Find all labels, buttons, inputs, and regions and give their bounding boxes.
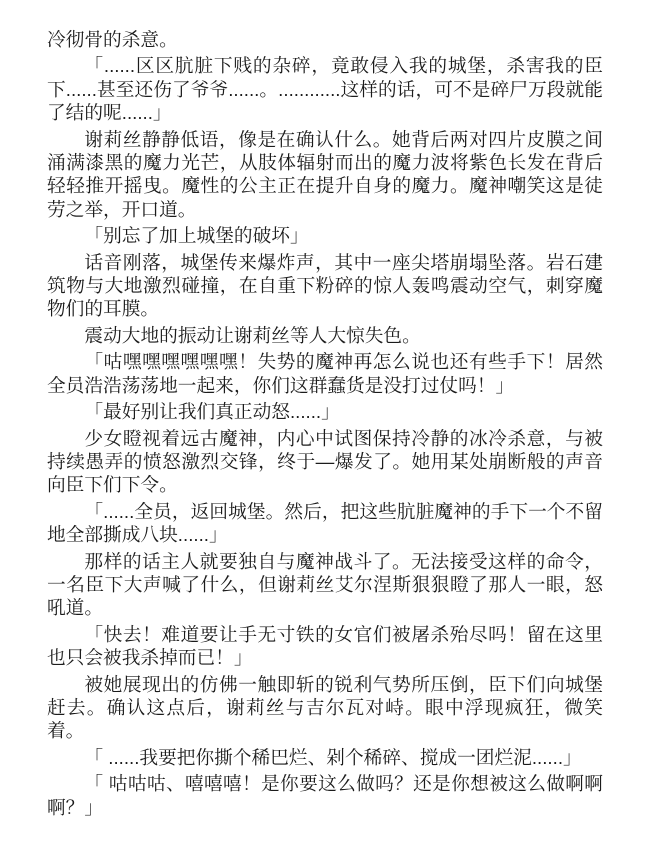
novel-page: 冷彻骨的杀意。 「......区区肮脏下贱的杂碎，竟敢侵入我的城堡，杀害我的臣下…	[0, 0, 650, 850]
paragraph-quote: 「 咕咕咕、嘻嘻嘻！是你要这么做吗？还是你想被这么做啊啊啊？」	[47, 772, 603, 819]
paragraph: 少女瞪视着远古魔神，内心中试图保持冷静的冰冷杀意，与被持续愚弄的愤怒激烈交锋，终…	[47, 427, 603, 497]
paragraph: 被她展现出的仿佛一触即斩的锐利气势所压倒，臣下们向城堡赶去。确认这点后，谢莉丝与…	[47, 673, 603, 743]
paragraph: 那样的话主人就要独自与魔神战斗了。无法接受这样的命令，一名臣下大声喊了什么，但谢…	[47, 550, 603, 620]
paragraph: 谢莉丝静静低语，像是在确认什么。她背后两对四片皮膜之间涌满漆黑的魔力光芒，从肢体…	[47, 128, 603, 222]
paragraph-quote: 「......全员，返回城堡。然后，把这些肮脏魔神的手下一个不留地全部撕成八块.…	[47, 500, 603, 547]
paragraph-quote: 「 ......我要把你撕个稀巴烂、剁个稀碎、搅成一团烂泥......」	[47, 746, 603, 769]
paragraph-quote: 「咕嘿嘿嘿嘿嘿嘿！失势的魔神再怎么说也还有些手下！居然全员浩浩荡荡地一起来，你们…	[47, 350, 603, 397]
paragraph-quote: 「别忘了加上城堡的破坏」	[47, 224, 603, 247]
paragraph-quote: 「快去！难道要让手无寸铁的女官们被屠杀殆尽吗！留在这里也只会被我杀掉而已！」	[47, 623, 603, 670]
paragraph-quote: 「......区区肮脏下贱的杂碎，竟敢侵入我的城堡，杀害我的臣下......甚至…	[47, 54, 603, 124]
paragraph: 震动大地的振动让谢莉丝等人大惊失色。	[47, 324, 603, 347]
paragraph: 话音刚落，城堡传来爆炸声，其中一座尖塔崩塌坠落。岩石建筑物与大地激烈碰撞，在自重…	[47, 251, 603, 321]
paragraph: 冷彻骨的杀意。	[47, 28, 603, 51]
paragraph-quote: 「最好别让我们真正动怒......」	[47, 400, 603, 423]
